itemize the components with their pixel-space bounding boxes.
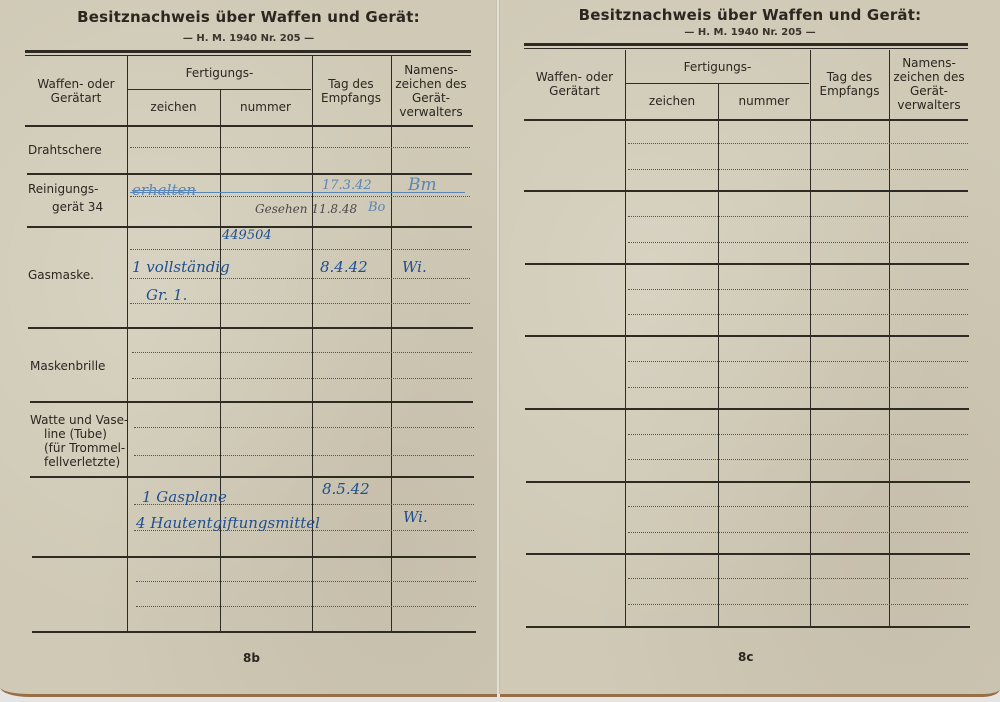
handwriting-gasmaske-mark-2: Gr. 1.	[146, 286, 187, 304]
header-rule-thin	[25, 55, 471, 56]
col-divider	[127, 56, 128, 632]
page-number: 8b	[243, 651, 260, 665]
dotted-line	[628, 169, 968, 170]
col-divider	[718, 84, 719, 627]
handwriting-serial-number: 449504	[222, 228, 272, 243]
col-header-date: Tag des Empfangs	[312, 58, 390, 124]
handwriting-gasplane-signature: Wi.	[403, 508, 428, 526]
dotted-line	[134, 455, 474, 456]
row-label-maskenbrille: Maskenbrille	[30, 359, 105, 373]
col-divider	[625, 50, 626, 627]
handwriting-gesehen-note: Gesehen 11.8.48	[255, 202, 357, 216]
col-divider	[312, 56, 313, 632]
row-rule	[32, 631, 476, 633]
col-header-signature: Namens- zeichen des Gerät- verwalters	[391, 58, 471, 124]
col-header-type: Waffen- oder Gerätart	[25, 58, 127, 124]
page-number: 8c	[738, 650, 753, 664]
dotted-line	[628, 578, 968, 579]
row-rule	[25, 125, 473, 127]
form-title: Besitznachweis über Waffen und Gerät:	[0, 8, 497, 26]
dotted-line	[628, 387, 968, 388]
row-rule	[524, 190, 968, 192]
handwriting-gasplane: 1 Gasplane	[142, 488, 227, 506]
col-header-manufacturing: Fertigungs-	[128, 58, 311, 88]
dotted-line	[134, 427, 474, 428]
row-rule	[32, 556, 476, 558]
dotted-line	[628, 361, 968, 362]
col-divider	[391, 56, 392, 632]
row-label-reinigungsgeraet-2: gerät 34	[52, 200, 103, 214]
row-rule	[30, 401, 473, 403]
left-page: Besitznachweis über Waffen und Gerät: — …	[0, 0, 497, 697]
row-rule	[526, 481, 970, 483]
handwriting-erhalten: erhalten	[132, 181, 196, 199]
handwriting-signature-r2: Bm	[408, 175, 437, 195]
row-rule	[526, 553, 970, 555]
dotted-line	[132, 378, 472, 379]
row-rule	[526, 626, 970, 628]
right-page: Besitznachweis über Waffen und Gerät: — …	[500, 0, 1000, 697]
dotted-line	[628, 289, 968, 290]
handwriting-gasmaske-date: 8.4.42	[320, 258, 368, 276]
row-label-watte-3: (für Trommel-	[44, 441, 125, 455]
dotted-line	[628, 314, 968, 315]
form-title: Besitznachweis über Waffen und Gerät:	[500, 6, 1000, 24]
row-rule	[525, 408, 969, 410]
handwriting-note-signature: Bo	[368, 200, 385, 215]
handwriting-gasmaske-signature: Wi.	[402, 258, 427, 276]
header-rule	[25, 50, 471, 53]
dotted-line	[628, 506, 968, 507]
row-label-watte-4: fellverletzte)	[44, 455, 120, 469]
dotted-line	[132, 352, 472, 353]
form-subtitle: — H. M. 1940 Nr. 205 —	[0, 33, 497, 44]
dotted-line	[130, 249, 470, 250]
col-header-manufacturing: Fertigungs-	[626, 51, 809, 83]
dotted-line	[130, 147, 470, 148]
handwriting-gasmaske-mark-1: 1 vollständig	[132, 258, 230, 276]
dotted-line	[628, 216, 968, 217]
row-rule	[525, 335, 969, 337]
header-rule	[524, 43, 968, 46]
col-header-number: nummer	[719, 84, 809, 118]
col-divider	[810, 50, 811, 627]
dotted-line	[628, 532, 968, 533]
dotted-line	[136, 581, 476, 582]
col-header-date: Tag des Empfangs	[810, 51, 889, 117]
row-rule	[524, 119, 968, 121]
dotted-line	[136, 606, 476, 607]
dotted-line	[628, 143, 968, 144]
handwriting-gasplane-date: 8.5.42	[322, 480, 370, 498]
dotted-line	[130, 278, 470, 279]
handwriting-date-r2: 17.3.42	[322, 178, 372, 193]
row-label-watte: Watte und Vase-	[30, 413, 128, 427]
dotted-line	[628, 434, 968, 435]
row-rule	[27, 173, 472, 175]
handwriting-hautentgiftungsmittel: 4 Hautentgiftungsmittel	[136, 514, 320, 532]
col-header-signature: Namens- zeichen des Gerät- verwalters	[890, 51, 968, 117]
dotted-line	[628, 459, 968, 460]
dotted-line	[628, 242, 968, 243]
row-label-watte-2: line (Tube)	[44, 427, 107, 441]
form-subtitle: — H. M. 1940 Nr. 205 —	[500, 27, 1000, 38]
col-header-mark: zeichen	[626, 84, 718, 118]
row-rule	[30, 476, 474, 478]
dotted-line	[628, 604, 968, 605]
row-rule	[28, 327, 473, 329]
col-header-mark: zeichen	[128, 90, 219, 124]
col-divider	[889, 50, 890, 627]
col-header-type: Waffen- oder Gerätart	[524, 51, 625, 117]
row-label-reinigungsgeraet: Reinigungs-	[28, 182, 98, 196]
row-rule	[525, 263, 969, 265]
row-label-gasmaske: Gasmaske.	[28, 268, 94, 282]
col-divider	[220, 90, 221, 632]
header-rule-thin	[524, 48, 968, 49]
row-label-drahtschere: Drahtschere	[28, 143, 102, 157]
col-header-number: nummer	[220, 90, 311, 124]
